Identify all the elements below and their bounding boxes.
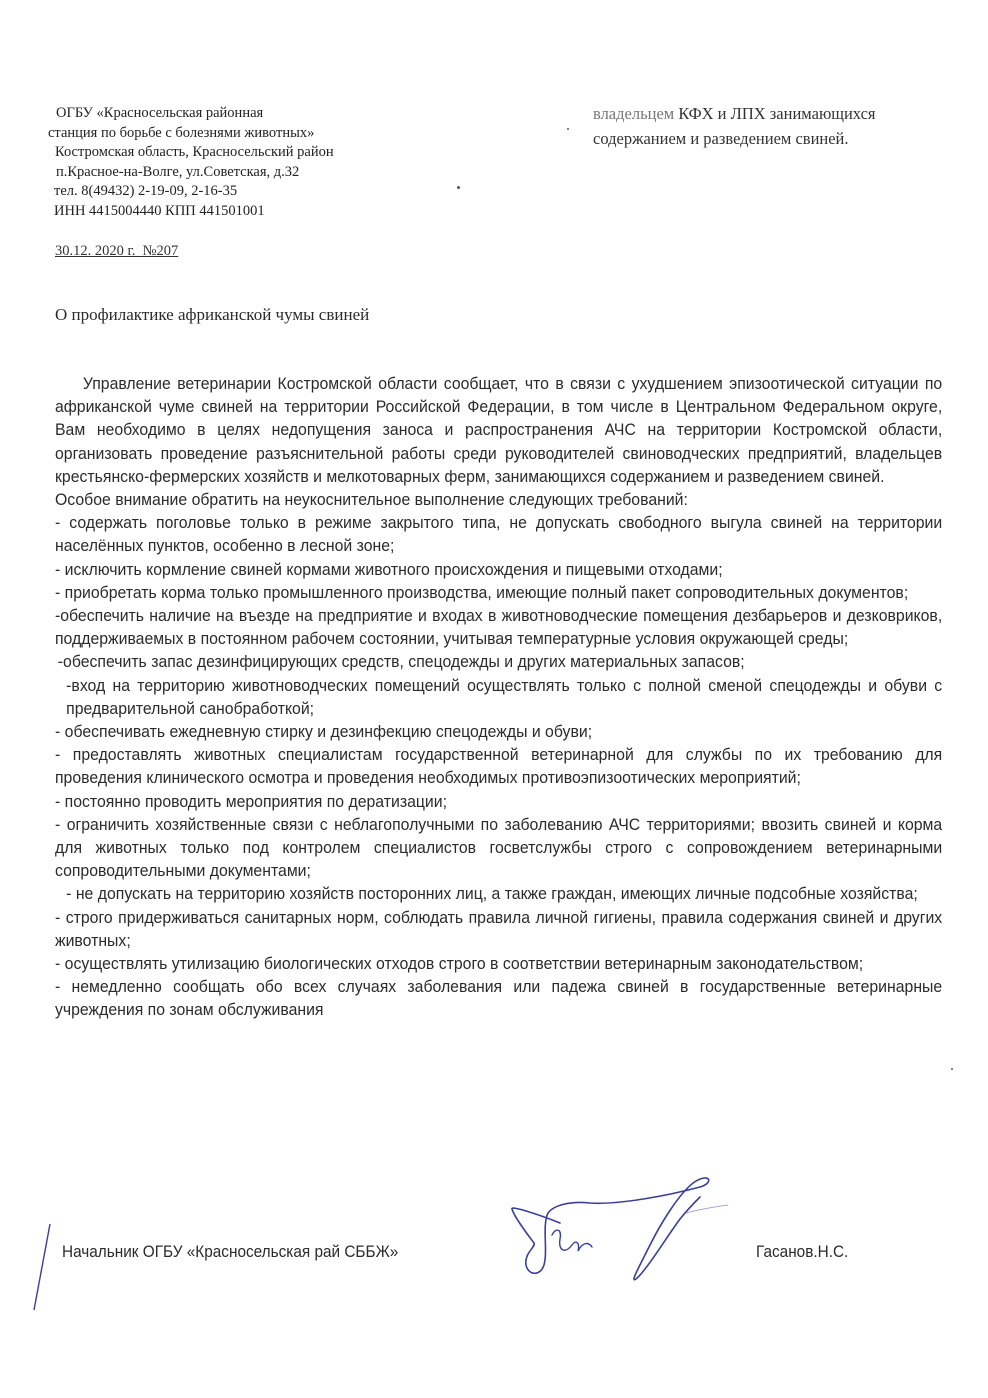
margin-pen-mark-icon	[28, 1222, 58, 1312]
body-intro-paragraph: Управление ветеринарии Костромской облас…	[55, 372, 942, 488]
scan-speck	[457, 186, 460, 189]
sender-line: ОГБУ «Красносельская районная	[54, 104, 334, 124]
requirement-item: - не допускать на территорию хозяйств по…	[55, 882, 942, 905]
requirement-item: -вход на территорию животноводческих пом…	[55, 674, 942, 720]
requirement-item: - постоянно проводить мероприятия по дер…	[55, 790, 942, 813]
handwritten-signature-icon	[500, 1165, 740, 1295]
sender-line: тел. 8(49432) 2-19-09, 2-16-35	[54, 182, 334, 202]
requirement-item: - исключить кормление свиней кормами жив…	[55, 558, 942, 581]
requirement-item: - ограничить хозяйственные связи с небла…	[55, 813, 942, 883]
requirement-item: - немедленно сообщать обо всех случаях з…	[55, 975, 942, 1021]
requirement-item: - содержать поголовье только в режиме за…	[55, 511, 942, 557]
requirement-item: - приобретать корма только промышленного…	[55, 581, 942, 604]
sender-line: станция по борьбе с болезнями животных»	[48, 124, 334, 144]
requirement-item: - обеспечивать ежедневную стирку и дезин…	[55, 720, 942, 743]
requirement-item: - предоставлять животных специалистам го…	[55, 743, 942, 789]
sender-block: ОГБУ «Красносельская районная станция по…	[54, 104, 334, 221]
requirement-item: - строго придерживаться санитарных норм,…	[55, 906, 942, 952]
requirement-item: - осуществлять утилизацию биологических …	[55, 952, 942, 975]
recipient-line: владельцем КФХ и ЛПХ занимающихся	[593, 101, 876, 126]
sender-line: Костромская область, Красносельский райо…	[54, 143, 334, 163]
letter-body: Управление ветеринарии Костромской облас…	[55, 372, 942, 1022]
signer-name: Гасанов.Н.С.	[756, 1243, 848, 1262]
letter-subject: О профилактике африканской чумы свиней	[55, 305, 369, 325]
sender-line: ИНН 4415004440 КПП 441501001	[54, 202, 334, 222]
recipient-text: КФХ и ЛПХ занимающихся	[674, 104, 875, 123]
signatory-position: Начальник ОГБУ «Красносельская рай СББЖ»	[62, 1243, 398, 1262]
scan-speck	[567, 128, 569, 130]
sender-line: п.Красное-на-Волге, ул.Советская, д.32	[54, 163, 334, 183]
requirement-item: -обеспечить запас дезинфицирующих средст…	[55, 650, 942, 673]
recipient-faded-word: владельцем	[593, 104, 674, 123]
outgoing-date-number: 30.12. 2020 г. №207	[55, 243, 178, 260]
recipient-block: владельцем КФХ и ЛПХ занимающихся содерж…	[593, 101, 876, 151]
recipient-line: содержанием и разведением свиней.	[593, 126, 876, 151]
body-lead: Особое внимание обратить на неукоснитель…	[55, 488, 942, 511]
requirement-item: -обеспечить наличие на въезде на предпри…	[55, 604, 942, 650]
scan-speck	[951, 1068, 953, 1070]
